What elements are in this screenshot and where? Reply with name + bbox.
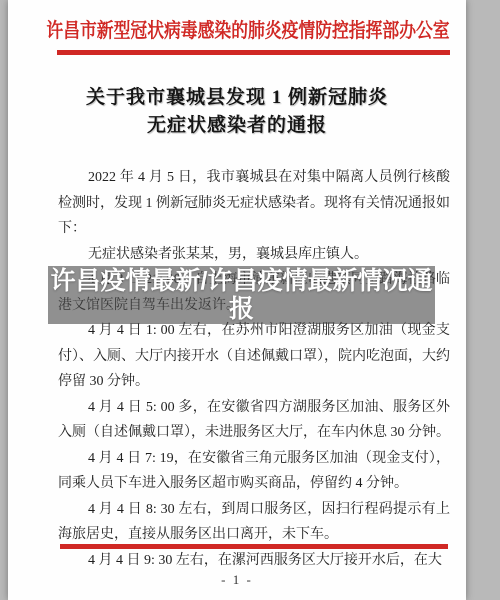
paragraph-itinerary-apr4-0830: 4 月 4 日 8: 30 左右，到周口服务区，因扫行程码提示有上海旅居史，直接…	[58, 497, 450, 548]
paragraph-itinerary-apr4-0100: 4 月 4 日 1: 00 左右，在苏州市阳澄湖服务区加油（现金支付）、入厕、大…	[58, 318, 450, 395]
page-number: - 1 -	[8, 572, 466, 588]
watermark-caption-banner: 许昌疫情最新/许昌疫情最新情况通报	[48, 266, 435, 324]
paragraph-itinerary-apr4-0500: 4 月 4 日 5: 00 多，在安徽省四方湖服务区加油、服务区外入厕（自述佩戴…	[58, 395, 450, 446]
paragraph-itinerary-apr4-0930: 4 月 4 日 9: 30 左右，在漯河西服务区大厅接开水后，在大	[58, 548, 450, 574]
header-org-title: 许昌市新型冠状病毒感染的肺炎疫情防控指挥部办公室	[46, 16, 449, 46]
footer-double-rule	[60, 544, 448, 549]
header-org-banner: 许昌市新型冠状病毒感染的肺炎疫情防控指挥部办公室	[8, 16, 466, 46]
screenshot-stage: 许昌市新型冠状病毒感染的肺炎疫情防控指挥部办公室 关于我市襄城县发现 1 例新冠…	[0, 0, 500, 600]
paragraph-case-identity: 无症状感染者张某某，男，襄城县库庄镇人。	[58, 242, 450, 268]
paragraph-itinerary-apr4-0719: 4 月 4 日 7: 19，在安徽省三角元服务区加油（现金支付），同乘人员下车进…	[58, 446, 450, 497]
watermark-caption-text: 许昌疫情最新/许昌疫情最新情况通报	[50, 267, 433, 323]
document-title-line1: 关于我市襄城县发现 1 例新冠肺炎	[8, 84, 466, 112]
paragraph-intro: 2022 年 4 月 5 日，我市襄城县在对集中隔离人员例行核酸检测时，发现 1…	[58, 165, 450, 242]
header-double-rule	[57, 50, 450, 55]
document-title: 关于我市襄城县发现 1 例新冠肺炎 无症状感染者的通报	[8, 84, 466, 140]
document-body: 2022 年 4 月 5 日，我市襄城县在对集中隔离人员例行核酸检测时，发现 1…	[58, 165, 450, 573]
document-title-line2: 无症状感染者的通报	[8, 112, 466, 140]
